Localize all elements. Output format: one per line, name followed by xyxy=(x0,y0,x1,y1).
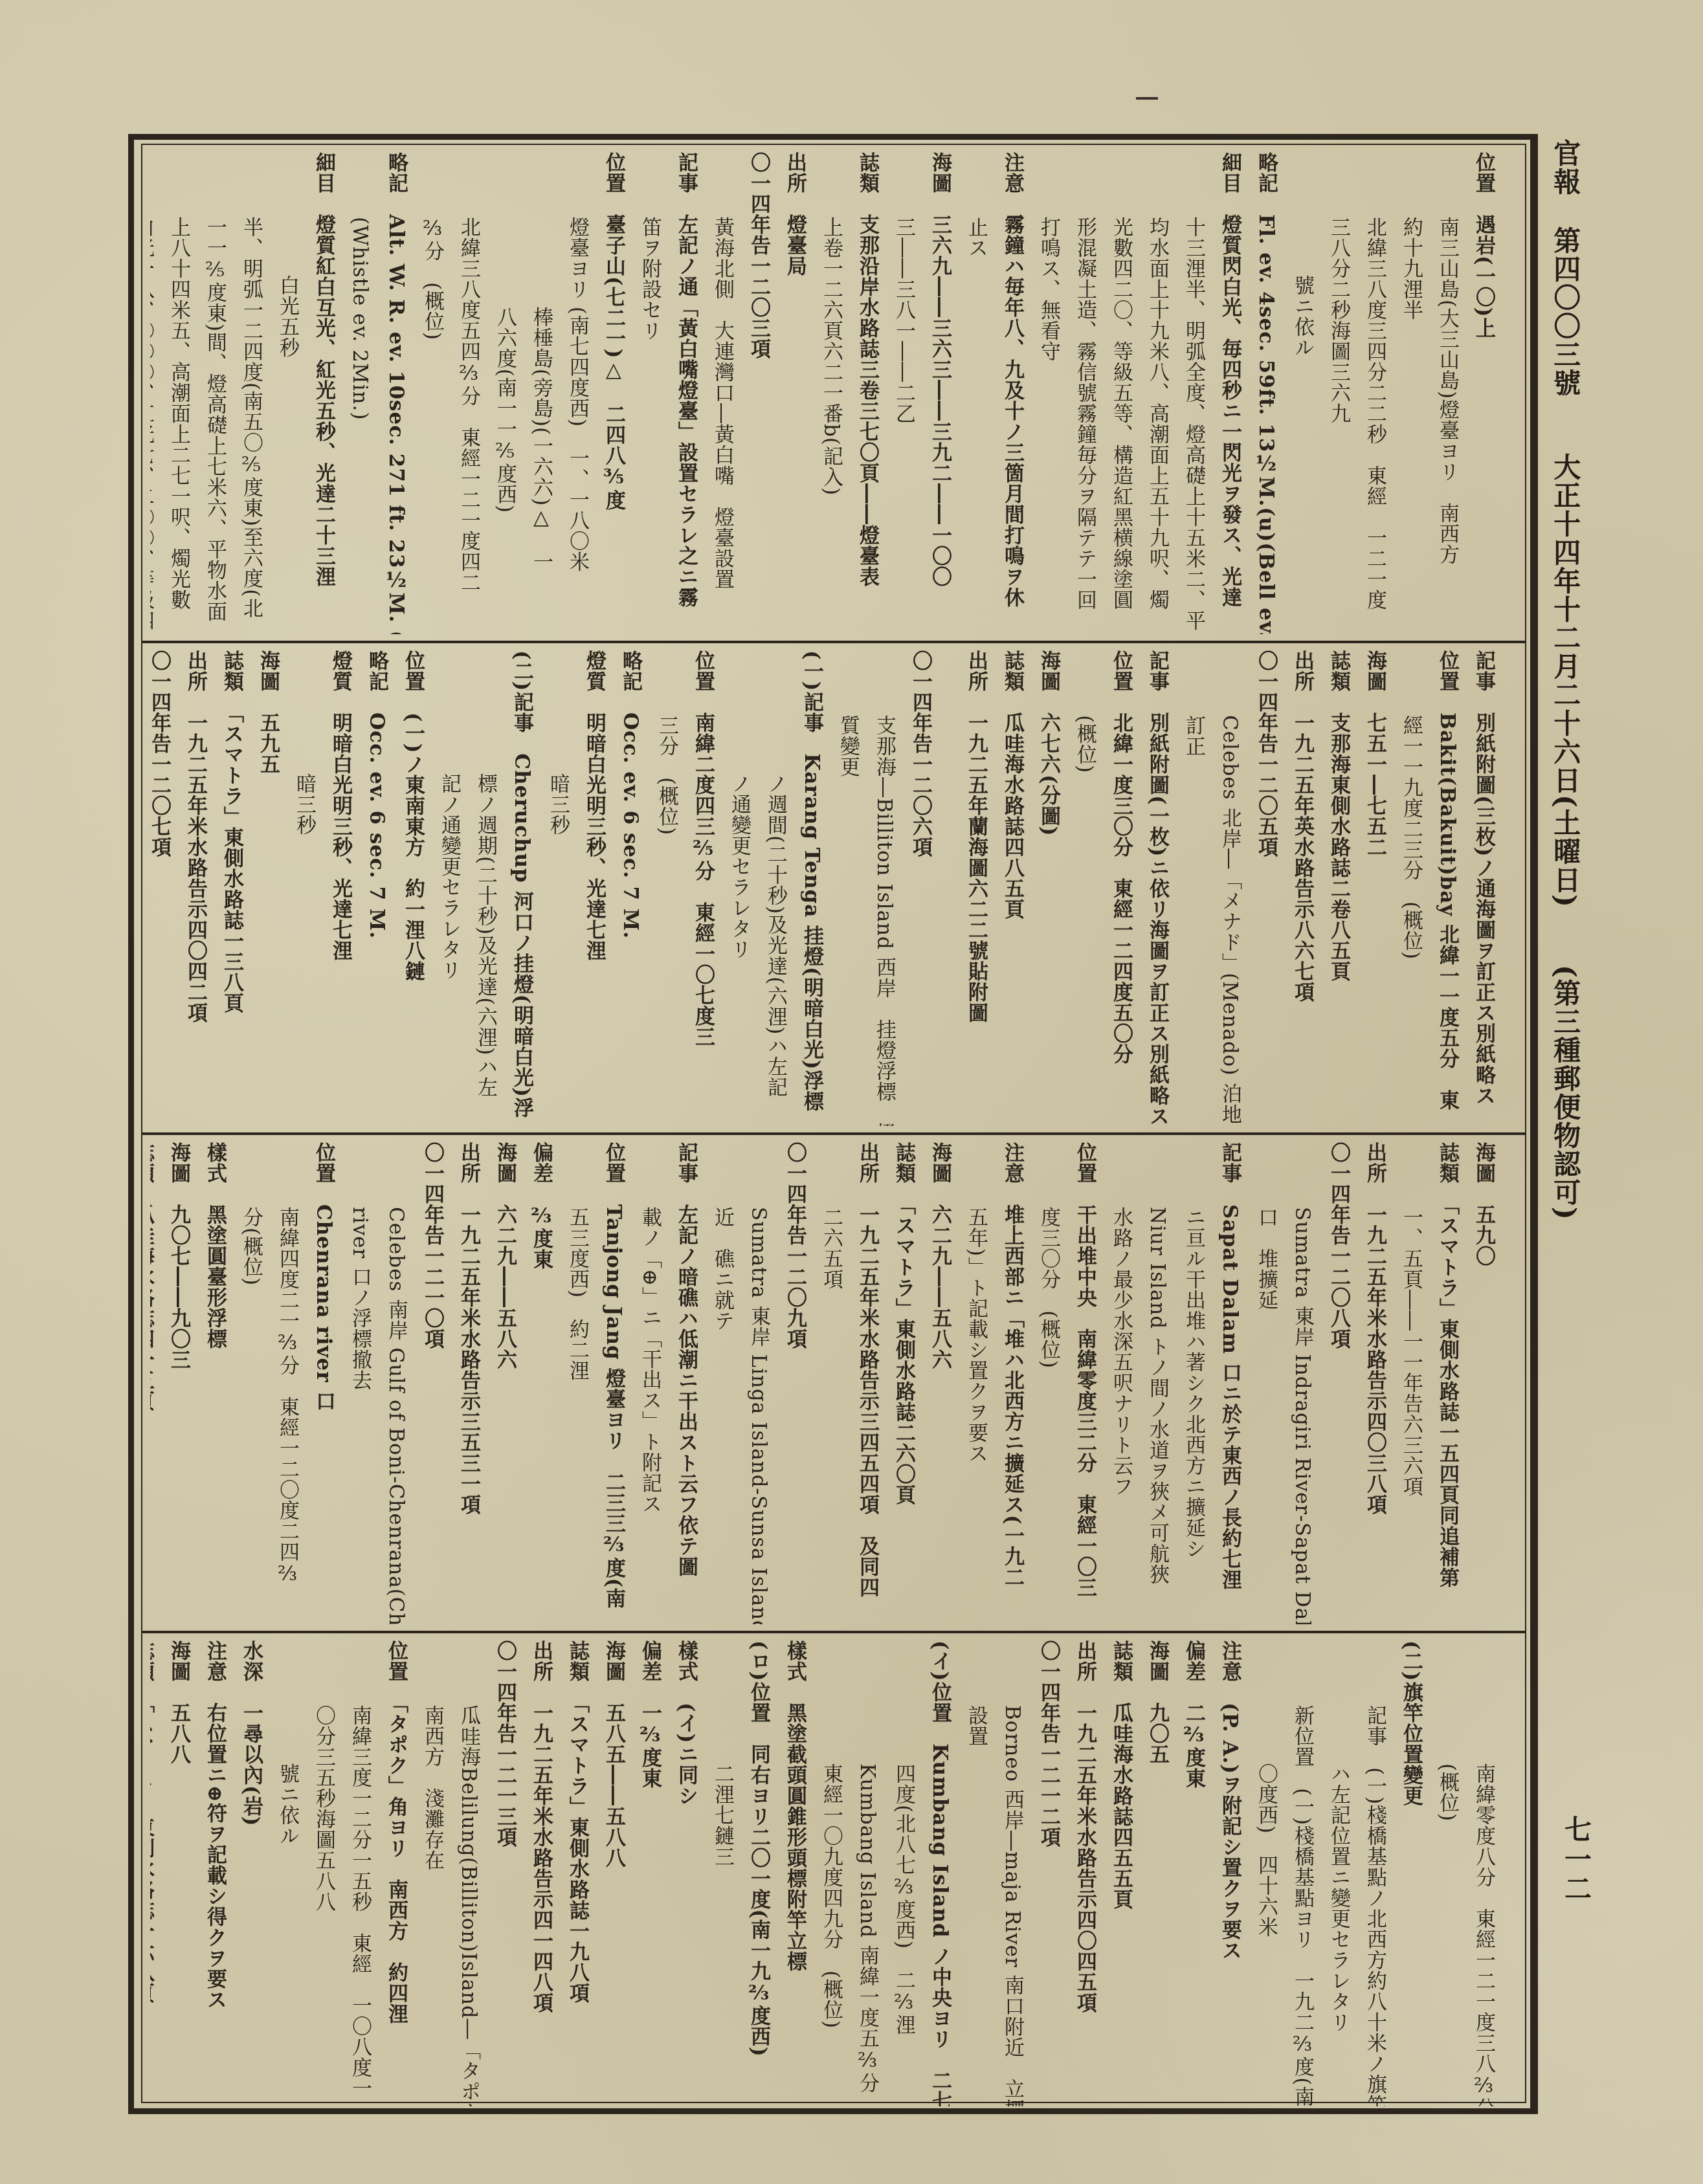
text-column: 偏差 ⅔度東 xyxy=(523,1142,559,1624)
text-column: 號ニ依ル xyxy=(1284,152,1320,634)
text-column: 出所 一九二五年米水路告示四〇四五項 xyxy=(1067,1640,1103,2106)
text-column: 標ノ週期(二十秒)及光達(六浬)ハ左 xyxy=(467,650,504,1126)
text-column: 南緯零度八分 東經一二一度三八⅔分 xyxy=(1465,1640,1502,2106)
text-column: 位置 南緯二度四三⅖分 東經一〇七度三 xyxy=(685,650,721,1126)
text-column: 海圖 三六九――三六三――三九二――一〇〇 xyxy=(922,152,958,634)
text-column: 記ノ通變更セラレタリ xyxy=(431,650,467,1126)
text-column: 瓜哇海Belilung(Billiton)Island―「タポク」角 xyxy=(451,1640,487,2106)
text-column: 誌類 瓜哇海水路誌四五五頁 xyxy=(1103,1640,1139,2106)
text-column: 暗三秒 xyxy=(540,650,576,1126)
text-column: 出所 一九二五年米水路告示三五三一項 xyxy=(451,1142,487,1624)
text-column: 五三度西) 約二浬 xyxy=(559,1142,595,1624)
text-column: 〇一四年告一二〇六項 xyxy=(902,650,939,1126)
text-column: 位置 臺子山(七二一)△ 二四八⅗度 xyxy=(595,152,632,634)
text-column: 質變更 xyxy=(830,650,866,1126)
text-column: 注意 堆上西部ニ「堆ハ北西方ニ擴延ス(一九二 xyxy=(994,1142,1030,1624)
text-column: river 口ノ浮標撤去 xyxy=(342,1142,378,1624)
text-column: 偏差 一⅔度東 xyxy=(632,1640,668,2106)
page-number: 七一二 xyxy=(1557,1815,1596,1904)
text-column: Borneo 西岸―maja River 南口附近 立標 xyxy=(994,1640,1030,2106)
text-column: 〇一四年告一二一〇項 xyxy=(414,1142,451,1624)
text-column: 打鳴ス、無看守 xyxy=(1030,152,1067,634)
gazette-title: 官報 xyxy=(1550,139,1580,196)
text-column: 設置 xyxy=(958,1640,994,2106)
text-column: 位置 「タポク」角ヨリ 南西方 約四浬 xyxy=(378,1640,414,2106)
text-column: Sumatra 東岸 Indragiri River-Sapat Dalam xyxy=(1284,1142,1320,1624)
text-column: (Whistle ev. 2Min.) xyxy=(342,152,378,634)
text-column: 略記 Occ. ev. 6 sec. 7 M. xyxy=(359,650,395,1126)
text-column: (イ)位置 Kumbang Island ノ中央ヨリ 二七 xyxy=(922,1640,958,2106)
text-column: 誌類 瓜哇海水路誌四八五頁 xyxy=(994,650,1030,1126)
text-column: 略記 Occ. ev. 6 sec. 7 M. xyxy=(612,650,649,1126)
text-column: 〇分三五秒海圖五八八 xyxy=(306,1640,342,2106)
text-column: 三――三八一――二乙 xyxy=(885,152,922,634)
text-column: 新位置 (一)棧橋基點ヨリ 一九二⅔度(南一 xyxy=(1284,1640,1320,2106)
text-column: 燈質 明暗白光明三秒、光達七浬 xyxy=(322,650,359,1126)
text-column: 上八十四米五、高潮面上二七一呎、燭光數 xyxy=(161,152,197,634)
text-column: 〇一四年告一二〇三項 xyxy=(740,152,777,634)
text-column: 經一一九度二三分 (概位) xyxy=(1393,650,1429,1126)
text-column: 支那海―Billiton Island 西岸 挂燈浮標 燈 xyxy=(866,650,902,1126)
text-column: 約十九浬半 xyxy=(1393,152,1429,634)
text-column: 號ニ依ル xyxy=(269,1640,306,2106)
text-column: 棒棰島(旁島)(一六六)△ 一 xyxy=(523,152,559,634)
text-column: 樣式 黑塗截頭圓錐形頭標附竿立標 xyxy=(777,1640,813,2106)
text-column: 誌類 「スマトラ」東側水路誌二六〇頁 xyxy=(885,1142,922,1624)
text-column: 出所 一九二五年米水路告示四〇三八項 xyxy=(1357,1142,1393,1624)
text-column: 記事 (一)棧橋基點ノ北西方約八十米ノ旗竿 xyxy=(1357,1640,1393,2106)
text-column: 出所 一九二五年英水路告示八六七項 xyxy=(1284,650,1320,1126)
text-column: 南西方 淺灘存在 xyxy=(414,1640,451,2106)
band-columns: 南緯零度八分 東經一二一度三八⅔分(概位)(二)旗竿位置變更記事 (一)棧橋基點… xyxy=(150,1640,1502,2106)
text-column: 海圖 六二九――五八六 xyxy=(922,1142,958,1624)
text-column: 海圖 九〇七――九〇三 xyxy=(161,1142,197,1624)
text-column: 海圖 五九〇 xyxy=(1465,1142,1502,1624)
text-column: 樣式 (イ)ニ同シ xyxy=(668,1640,704,2106)
text-column: ⅔分 (概位) xyxy=(414,152,451,634)
issue-date: 大正十四年十二月二十六日(土曜日) xyxy=(1550,453,1580,909)
text-column: 黃海北側 大連灣口―黃白嘴 燈臺設置 xyxy=(704,152,740,634)
text-column: 注意 右位置ニ⊕符ヲ記載シ得クヲ要ス xyxy=(197,1640,233,2106)
text-column: 南緯三度一二分一五秒 東經 一〇八度一 xyxy=(342,1640,378,2106)
text-column: 北緯三八度五四⅔分 東經一二一度四二 xyxy=(451,152,487,634)
text-column: 出所 燈臺局 xyxy=(777,152,813,634)
text-column: 〇一四年告一二一三項 xyxy=(487,1640,523,2106)
text-band-1: 位置 遇岩(一〇)上南三山島(大三山島)燈臺ヨリ 南西方約十九浬半北緯三八度三四… xyxy=(150,152,1516,634)
text-column: Sumatra 東岸 Linga Island-Sunsa Island 附 xyxy=(740,1142,777,1624)
text-column: 海圖 五八八 xyxy=(161,1640,197,2106)
text-column: 位置 遇岩(一〇)上 xyxy=(1465,152,1502,634)
band-divider xyxy=(141,1631,1526,1633)
text-column: 十三浬半、明弧全度、燈高礎上十五米二、平 xyxy=(1175,152,1212,634)
text-column: 位置 (一)ノ東南東方 約一浬八鏈 xyxy=(395,650,431,1126)
text-column: 半、明弧一二四度(南五〇⅖度東)至六度(北 xyxy=(233,152,269,634)
text-column: 近 礁ニ就テ xyxy=(704,1142,740,1624)
text-column: 注意 霧鐘ハ毎年八、九及十ノ三箇月間打鳴ヲ休 xyxy=(994,152,1030,634)
text-column: 上卷一二六頁六二一番b(記入) xyxy=(813,152,849,634)
text-column: 四度(北八七⅔度西) 二⅔浬 xyxy=(885,1640,922,2106)
text-column: 出所 一九二五年米水路告示四〇四二項 xyxy=(177,650,214,1126)
text-column: 記事 左記ノ通「黃白嘴燈臺」設置セラレ之ニ霧 xyxy=(668,152,704,634)
text-column: 記事 Sapat Dalam 口ニ於テ東西ノ長約七浬 xyxy=(1212,1142,1248,1624)
band-columns: 海圖 五九〇誌類 「スマトラ」東側水路誌一五四頁同追補第一、五頁――一一年告六三… xyxy=(150,1142,1502,1624)
text-column: 三分 (概位) xyxy=(649,650,685,1126)
band-divider xyxy=(141,1132,1526,1135)
text-column: 樣式 黑塗圓臺形浮標 xyxy=(197,1142,233,1624)
text-column: 水深 一尋以內(岩) xyxy=(233,1640,269,2106)
text-column: 東經一〇九度四九分 (概位) xyxy=(813,1640,849,2106)
text-column: 北緯三八度三四分二二秒 東經 一二一度 xyxy=(1357,152,1393,634)
text-column: 位置 Bakit(Bakuit)bay 北緯一一度五分 東 xyxy=(1429,650,1465,1126)
text-column: ニ亘ル干出堆ハ著シク北西方ニ擴延シ xyxy=(1175,1142,1212,1624)
band-columns: 位置 遇岩(一〇)上南三山島(大三山島)燈臺ヨリ 南西方約十九浬半北緯三八度三四… xyxy=(150,152,1502,634)
text-column: 南三山島(大三山島)燈臺ヨリ 南西方 xyxy=(1429,152,1465,634)
text-column: 暗三秒 xyxy=(286,650,322,1126)
text-column: 海圖 七五一―七五二 xyxy=(1357,650,1393,1126)
text-column: 注意 (P. A.)ヲ附記シ置クヲ要ス xyxy=(1212,1640,1248,2106)
text-column: 位置 北緯一度三〇分 東經一二四度五〇分 xyxy=(1103,650,1139,1126)
text-column: 細目 燈質閃白光、毎四秒ニ一閃光ヲ發ス、光達 xyxy=(1212,152,1248,634)
text-column: 〇一四年告一二〇九項 xyxy=(777,1142,813,1624)
text-column: 燈臺ヨリ (南七四度西) 一、一八〇米 xyxy=(559,152,595,634)
text-column: 略記 Alt. W. R. ev. 10sec. 271 ft. 23½M. (… xyxy=(378,152,414,634)
text-column: 海圖 九〇五 xyxy=(1139,1640,1175,2106)
text-column: 口 堆擴延 xyxy=(1248,1142,1284,1624)
text-column: 偏差 二⅔度東 xyxy=(1175,1640,1212,2106)
text-column: 一、五頁――一一年告六三六項 xyxy=(1393,1142,1429,1624)
text-column: 略記 Fl. ev. 4sec. 59ft. 13½M.(u)(Bell ev.… xyxy=(1248,152,1284,634)
text-column: (二)記事 Cheruchup 河口ノ挂燈(明暗白光)浮 xyxy=(504,650,540,1126)
text-column: (ロ)位置 同右ヨリ二〇一度(南一九⅔度西) xyxy=(740,1640,777,2106)
text-column: 位置 Tanjong Jang 燈臺ヨリ 二三三⅔度(南 xyxy=(595,1142,632,1624)
text-column: Celebes 北岸―「メナド」(Menado) 泊地 海圖 xyxy=(1212,650,1248,1126)
text-column: 一一⅖度東)間、燈高礎上七米六、平物水面 xyxy=(197,152,233,634)
text-column: ノ通變更セラレタリ xyxy=(721,650,757,1126)
text-column: 度三〇分 (概位) xyxy=(1030,1142,1067,1624)
text-column: 分(概位) xyxy=(233,1142,269,1624)
text-column: 誌類 支那海東側水路誌二卷八五頁 xyxy=(1320,650,1357,1126)
text-column: 二六五項 xyxy=(813,1142,849,1624)
text-column: (概位) xyxy=(1429,1640,1465,2106)
text-column: 記事 左記ノ暗礁ハ低潮ニ干出スト云フ依テ圖 xyxy=(668,1142,704,1624)
text-band-4: 南緯零度八分 東經一二一度三八⅔分(概位)(二)旗竿位置變更記事 (一)棧橋基點… xyxy=(150,1640,1516,2106)
text-column: 誌類 「スマトラ」東側水路誌一九八項 xyxy=(559,1640,595,2106)
band-columns: 記事 別紙附圖(三枚)ノ通海圖ヲ訂正ス別紙略ス位置 Bakit(Bakuit)b… xyxy=(150,650,1502,1126)
postal-note: (第三種郵便物認可) xyxy=(1550,965,1580,1221)
text-column: 二浬七鏈三 xyxy=(704,1640,740,2106)
page-top-mark xyxy=(1136,97,1158,100)
text-column: 笛ヲ附設セリ xyxy=(632,152,668,634)
issue-number: 第四〇〇三號 xyxy=(1550,226,1580,397)
text-column: 訂正 xyxy=(1175,650,1212,1126)
text-column: 誌類 瓜哇海水路誌四一五頁 xyxy=(150,1142,161,1624)
text-column: 白光一八、〇〇〇、紅光七、二〇〇、等級四 xyxy=(150,152,161,634)
text-column: 燈質 明暗白光明三秒、光達七浬 xyxy=(576,650,612,1126)
text-column: 細目 燈質紅白互光、紅光五秒、光達二十三浬 xyxy=(306,152,342,634)
text-column: 均水面上十九米八、高潮面上五十九呎、燭 xyxy=(1139,152,1175,634)
text-column: 光數四二〇、等級五等、構造紅黑横線塗圓 xyxy=(1103,152,1139,634)
text-column: 形混凝土造、霧信號霧鐘毎分ヲ隔テテ一回 xyxy=(1067,152,1103,634)
text-band-2: 記事 別紙附圖(三枚)ノ通海圖ヲ訂正ス別紙略ス位置 Bakit(Bakuit)b… xyxy=(150,650,1516,1126)
text-column: (二)旗竿位置變更 xyxy=(1393,1640,1429,2106)
text-column: 海圖 六七六(分圖) xyxy=(1030,650,1067,1126)
column-separator xyxy=(939,650,958,1126)
text-column: 記事 別紙附圖(一枚)ニ依リ海圖ヲ訂正ス別紙略ス xyxy=(1139,650,1175,1126)
text-column: 誌類 支那沿岸水路誌三卷三七〇頁――燈臺表 xyxy=(849,152,885,634)
text-column: ノ週間(二十秒)及光達(六浬)ハ左記 xyxy=(757,650,794,1126)
text-column: 載ノ「⊕」ニ「干出ス」ト附記ス xyxy=(632,1142,668,1624)
text-column: 〇度西) 四十六米 xyxy=(1248,1640,1284,2106)
text-column: 止ス xyxy=(958,152,994,634)
text-column: 誌類 「スマトラ」東側水路誌一六八頁 xyxy=(150,1640,161,2106)
text-column: 出所 一九二五年蘭海圖六二二號貼附圖 xyxy=(958,650,994,1126)
text-column: 記事 別紙附圖(三枚)ノ通海圖ヲ訂正ス別紙略ス xyxy=(1465,650,1502,1126)
text-column: ハ左記位置ニ變更セラレタリ xyxy=(1320,1640,1357,2106)
gazette-masthead: 官報 第四〇〇三號 大正十四年十二月二十六日(土曜日) (第三種郵便物認可) xyxy=(1550,139,1580,1757)
text-column: 〇一四年告一二一二項 xyxy=(1030,1640,1067,2106)
text-column: 南緯四度二一⅔分 東經一二〇度二四⅔ xyxy=(269,1142,306,1624)
text-column: Celebes 南岸 Gulf of Boni-Chenrana(Chapia) xyxy=(378,1142,414,1624)
text-band-3: 海圖 五九〇誌類 「スマトラ」東側水路誌一五四頁同追補第一、五頁――一一年告六三… xyxy=(150,1142,1516,1624)
text-column: 海圖 六二九――五八六 xyxy=(487,1142,523,1624)
text-column: 位置 Chenrana river 口 xyxy=(306,1142,342,1624)
text-column: (概位) xyxy=(1067,650,1103,1126)
text-column: (一)記事 Karang Tenga 挂燈(明暗白光)浮標 xyxy=(794,650,830,1126)
text-column: 白光五秒 xyxy=(269,152,306,634)
text-column: Niur Island トノ間ノ水道ヲ狹メ可航狹 xyxy=(1139,1142,1175,1624)
text-column: 五年)」ト記載シ置クヲ要ス xyxy=(958,1142,994,1624)
text-column: 出所 一九二五年米水路告示四一四八項 xyxy=(523,1640,559,2106)
text-column: 誌類 「スマトラ」東側水路誌一五四頁同追補第 xyxy=(1429,1142,1465,1624)
text-column: 八六度(南一一⅖度西) xyxy=(487,152,523,634)
text-column: 水路ノ最少水深五呎ナリト云フ xyxy=(1103,1142,1139,1624)
band-divider xyxy=(141,641,1526,643)
text-column: 位置 干出堆中央 南緯零度三二分 東經一〇三 xyxy=(1067,1142,1103,1624)
text-column: 出所 一九二五年米水路告示三四五四項 及同四 xyxy=(849,1142,885,1624)
text-column: 〇一四年告一二〇七項 xyxy=(150,650,177,1126)
text-column: 〇一四年告一二〇五項 xyxy=(1248,650,1284,1126)
text-column: 三八分二秒海圖三六九 xyxy=(1320,152,1357,634)
text-column: 誌類 「スマトラ」東側水路誌一三八頁 xyxy=(214,650,250,1126)
text-column: 海圖 五八五――五八八 xyxy=(595,1640,632,2106)
text-column: 海圖 五九五 xyxy=(250,650,286,1126)
text-column: Kumbang Island 南緯一度五⅔分 xyxy=(849,1640,885,2106)
text-column: 〇一四年告一二〇八項 xyxy=(1320,1142,1357,1624)
